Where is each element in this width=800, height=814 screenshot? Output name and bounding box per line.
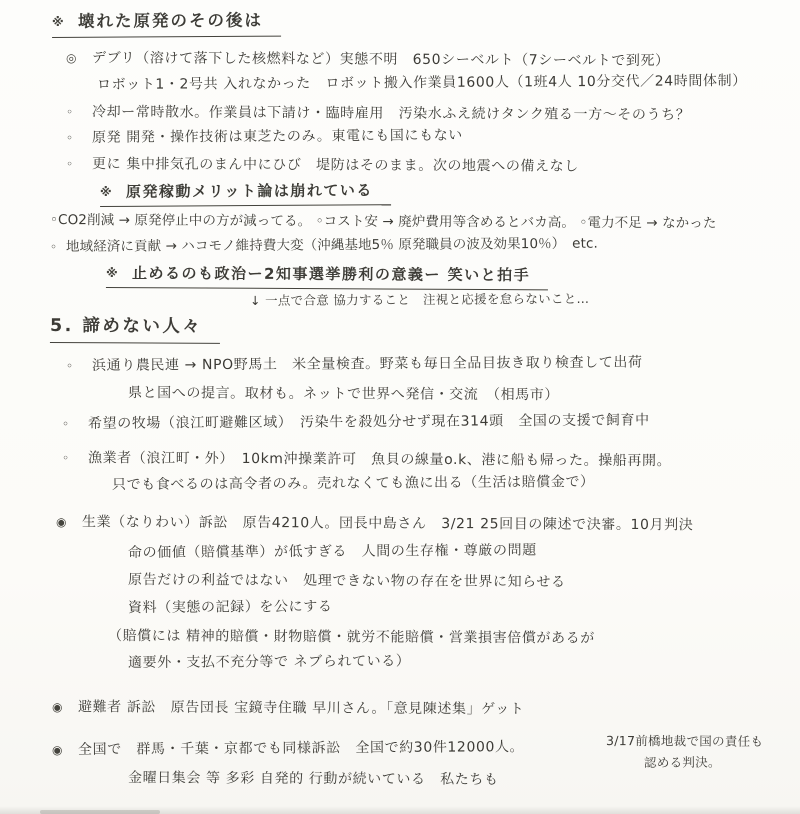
section-heading-broken-reactor: ※壊れた原発のその後は [52,11,281,38]
note-line: ロボット1・2号共 入れなかった ロボット搬入作業員1600人（1班4人 10分… [97,73,747,94]
section-heading-merit-argument: ※原発稼動メリット論は崩れている [100,181,391,207]
bullet-marker: ◦ [62,451,88,466]
note-line: ◦CO2削減 → 原発停止中の方が減ってる。 ◦コスト安 → 廃炉費用等含めると… [50,212,717,232]
heading-text: 止めるのも政治ー2知事選挙勝利の意義ー 笑いと拍手 [132,264,530,284]
note-annotation-arrow: ↓ 一点で合意 協力すること 注視と応援を怠らないこと… [250,291,589,309]
bullet-marker: ◦ [66,105,92,120]
bullet-marker: ◉ [52,742,78,757]
bullet-marker: ◉ [52,700,78,715]
heading-text: 原発稼動メリット論は崩れている [126,181,373,201]
bullet-marker: ◦ [62,416,88,431]
note-line: 金曜日集会 等 多彩 自発的 行動が続いている 私たちも [128,770,499,789]
section-heading-stopping-is-politics: ※止めるのも政治ー2知事選挙勝利の意義ー 笑いと拍手 [106,264,548,290]
note-line-evacuee-lawsuit: ◉避難者 訴訟 原告団長 宝鏡寺住職 早川さん。「意見陳述集」ゲット [52,699,525,719]
section-heading-people-who-dont-give-up: 5. 諦めない人々 [50,316,221,344]
note-line: ◦漁業者（浪江町・外） 10km沖操業許可 魚貝の線量o.k、港に船も帰った。操… [62,450,671,471]
note-line: ◎デブリ（溶けて落下した核燃料など）実態不明 650シーベルト（7シーベルトで到… [66,50,670,71]
note-line: ◦原発 開発・操作技術は東芝たのみ。東電にも国にもない [66,128,463,148]
note-line: ◦地域経済に貢献 → ハコモノ維持費大変（沖縄基地5％ 原発職員の波及効果10％… [50,236,598,256]
asterisk-mark-icon: ※ [106,266,132,281]
asterisk-mark-icon: ※ [100,185,126,200]
bullet-marker: ◦ [66,130,92,145]
note-line-nariwai-lawsuit: ◉生業（なりわい）訴訟 原告4210人。団長中島さん 3/21 25回目の陳述で… [56,514,693,535]
bullet-marker: ◉ [56,515,82,530]
note-line: 県と国への提言。取材も。ネットで世界へ発信・交流 （相馬市） [128,385,559,405]
note-line-nationwide-lawsuits: ◉全国で 群馬・千葉・京都でも同様訴訟 全国で約30件12000人。 [52,739,524,759]
note-line: （賠償には 精神的賠償・財物賠償・就労不能賠償・営業損害倍償があるが [108,628,595,648]
note-line: ◦更に 集中排気孔のまん中にひび 堤防はそのまま。次の地震への備えなし [66,156,579,176]
note-annotation-maebashi-ruling: 3/17前橋地裁で国の責任も [606,733,763,749]
note-line: 只でも食べるのは高令者のみ。売れなくても漁に出る（生活は賠償金で） [112,474,595,494]
asterisk-mark-icon: ※ [52,15,78,30]
note-line: 適要外・支払不充分等で ネブられている） [128,653,411,672]
scan-corner-artifact [40,810,160,814]
notebook-page: ※壊れた原発のその後は ◎デブリ（溶けて落下した核燃料など）実態不明 650シー… [0,0,800,814]
note-annotation-maebashi-ruling-2: 認める判決。 [644,755,721,771]
note-line: ◦希望の牧場（浪江町避難区域） 汚染牛を殺処分せず現在314頭 全国の支援で飼育… [62,412,650,433]
heading-text: 5. 諦めない人々 [50,316,203,337]
note-line: 命の価値（賠償基準）が低すぎる 人間の生存権・尊厳の問題 [128,543,537,563]
bullet-marker: ◦ [66,358,92,373]
note-line: ◦冷却ー常時散水。作業員は下請け・臨時雇用 汚染水ふえ続けタンク殖る一方〜そのう… [66,104,690,125]
bullet-marker: ◎ [66,51,92,66]
bullet-marker: ◦ [50,239,66,254]
note-line: 原告だけの利益ではない 処理できない物の存在を世界に知らせる [128,572,566,592]
note-line: ◦浜通り農民連 → NPO野馬土 米全量検査。野菜も毎日全品目抜き取り検査して出… [66,354,643,375]
bullet-marker: ◦ [66,157,92,172]
note-line: 資料（実態の記録）を公にする [128,599,333,618]
heading-text: 壊れた原発のその後は [78,11,263,31]
